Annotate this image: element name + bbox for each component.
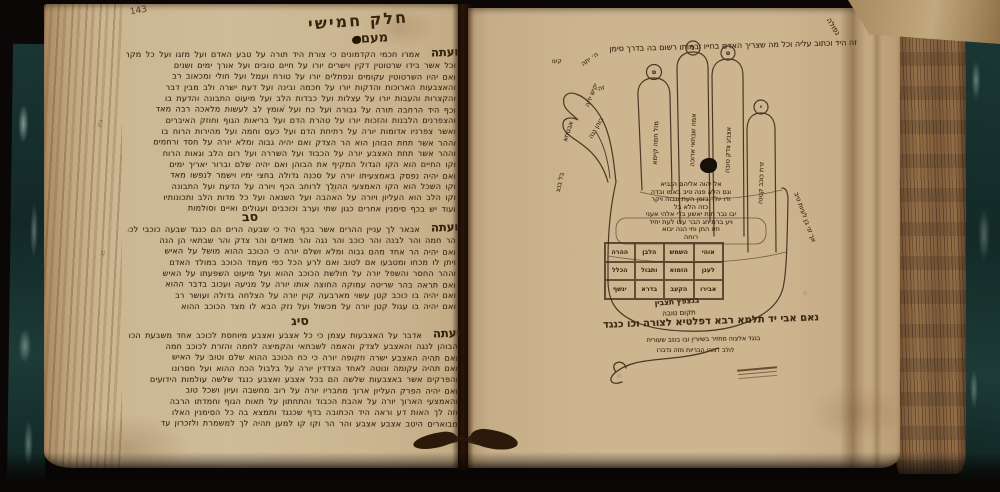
text-block-3: ועתה אדבר על האצבעות עצמן כי כל אצבע ואצ… <box>128 330 458 429</box>
text-line: וההר החסר והשפל יורה על חולשת הכוכב ההוא… <box>128 268 457 279</box>
text-lines-3: אדבר על האצבעות עצמן כי כל אצבע ואצבע מי… <box>128 330 458 429</box>
text-lines-1: אמרו חכמי הקדמונים כי צורת היד תורה על ט… <box>126 49 456 214</box>
text-line: וקו החיים הוא הקו הגדול המקיף את הבוהן ו… <box>126 159 457 170</box>
palm-text-line: ויע ברת חג הבר עצו לעת יחיד <box>598 219 784 227</box>
lead-word-3: ועתה <box>432 326 460 341</box>
palm-table-cell: אוהי <box>694 243 724 262</box>
palm-text-line: וגם הלא פנה טיב באמו ובדה <box>598 189 784 197</box>
palm-table-cell: ותבול <box>635 262 665 281</box>
text-line: וקו השכל הוא הקו האמצעי ההולך לרוחב הכף … <box>126 181 457 192</box>
page-stack-fore-edge <box>896 12 966 474</box>
marbled-cover-right <box>960 24 1000 492</box>
finger-tip-letter-1: ט <box>648 66 660 78</box>
text-line: מבוארים היטב אצבע אצבע והר הר וקו קו למע… <box>128 417 459 429</box>
text-line: אדבר על האצבעות עצמן כי כל אצבע ואצבע מי… <box>128 330 459 341</box>
text-line: ואם יהיה הפרק העליון ארוך מחבריו יורה על… <box>128 384 459 396</box>
text-line: והפרקים אשר באצבעות שלשה הם בכל אצבע ואצ… <box>128 374 459 385</box>
text-line: וההר אשר תחת הבוהן הוא הר הצדק ואם יהיה … <box>126 136 457 148</box>
text-line: ואם יהיו השרטוטין עקומים ונפתלים יורו על… <box>126 70 457 82</box>
palm-text-lines: אל יהוה אליהם הנביאוגם הלא פנה טיב באמו … <box>598 181 784 241</box>
lead-word-2: ועתה <box>430 220 458 235</box>
text-line: הר חמה והר לבנה והר כוכב והר נגה והר מאד… <box>128 235 457 246</box>
text-line: ואם יהיה בו עגול קטן יורה על מכשול ועל נ… <box>128 301 457 312</box>
pen-flourish <box>598 342 728 388</box>
text-line: וקו הלב הוא העליון ויורה על האהבה ועל הש… <box>126 192 457 203</box>
text-line: ואם תהיה האצבע ישרה וזקופה יורה כי כח הכ… <box>128 351 459 363</box>
caption-note: קעו <box>552 58 562 65</box>
manuscript-photo: 143 חלק חמישי מעם ועתה אמרו חכמי הקדמוני… <box>0 0 1000 492</box>
text-line: אמרו חכמי הקדמונים כי צורת היד תורה על ט… <box>126 49 457 60</box>
text-line: ואשר צפרניו אדומות יורה על רתיחת הדם ועל… <box>126 126 457 137</box>
page-crease <box>840 8 866 468</box>
palm-table-cell: הזמוא <box>664 262 694 281</box>
palm-text-line: יבו נבר חות יאשע בדי אלהי אעני <box>598 211 784 219</box>
text-line: והצפרנים הלבנות והזכות יורו על טהרת הדם … <box>126 115 457 126</box>
palm-table-cell: הכלל <box>605 262 635 281</box>
subtitle-text: מעם <box>361 30 389 46</box>
palm-table-cell: לענן <box>694 262 724 281</box>
palm-table-cell: ההרה <box>605 243 635 262</box>
text-line: וזה לך האות דע וראה היד הכתובה בדף שכנגד… <box>128 407 459 418</box>
text-line: ואם תראה בהר שריטה עמוקה החוצה אותו יורה… <box>128 278 457 290</box>
text-line: והקצרות והעבות יורו על עצלות ועל כבדות ה… <box>126 93 457 104</box>
text-lines-2: אבאר לך עניין ההרים אשר בכף היד כי שבעה … <box>128 224 456 312</box>
finger-tip-letter-3: ט <box>722 47 734 59</box>
palm-text-line: וזא התן וחי הנה יבוא <box>598 226 784 234</box>
ink-blot-palm <box>700 158 717 173</box>
text-line: ואם יהיה נפסק באמצעיתו יורה על סכנה גדול… <box>126 169 457 181</box>
page-crease-thin <box>872 8 882 468</box>
left-page-worn-edge <box>44 4 122 468</box>
finger-tip-letter-2: ל <box>687 42 699 54</box>
palm-table-cell: הלבן <box>635 243 665 262</box>
palm-text-line: אל יהוה אליהם הנביא <box>598 181 784 189</box>
text-line: ואם יהיה הר אחד מהם גבוה ומלא ושלם יורה … <box>128 245 457 257</box>
palm-text-line: רוחה <box>598 234 784 242</box>
text-line: וכל אשר בידו שרטוטין דקין וישרים יורו על… <box>126 60 457 71</box>
text-line: והאצבעות הארוכות והדקות יורו על חכמה ובי… <box>126 82 457 93</box>
text-line: הבוהן לנגה והאצבע לצדק והאמה לשבתאי והקמ… <box>128 341 459 352</box>
text-line: ויתן לו מכחו ומטבעו אם לטוב ואם לרע הכל … <box>128 257 457 268</box>
text-line: וההר אשר תחת האצבע יורה על הכבוד ועל השר… <box>126 148 457 159</box>
text-block-2: ועתה אבאר לך עניין ההרים אשר בכף היד כי … <box>128 224 456 312</box>
text-line: אבאר לך עניין ההרים אשר בכף היד כי שבעה … <box>128 224 457 235</box>
text-line: ואם יהיה בו כוכב קטן עשוי מארבעה קוין יו… <box>128 290 457 301</box>
palm-table-cell: ינשף <box>605 280 635 299</box>
text-line: וכף היד הרחבה תורה על גבורה ועל כח ועל א… <box>126 103 457 115</box>
palm-table-cell: בדרא <box>635 280 665 299</box>
palm-text-line: כזה הלא בל <box>598 204 784 212</box>
palm-text-line: ודו יולך בזמן העת וגבוה ויקר <box>598 196 784 204</box>
ink-blot-subtitle <box>352 36 361 44</box>
text-line: והאמצעי הארוך יורה על אהבת הכבוד והתחתון… <box>128 396 459 407</box>
palm-table-cell: השמש <box>664 243 694 262</box>
lead-word-1: ועתה <box>430 45 458 60</box>
text-block-1: ועתה אמרו חכמי הקדמונים כי צורת היד תורה… <box>126 49 456 214</box>
palm-table: אוהי השמש הלבן ההרה לענן הזמוא ותבול הכל… <box>604 242 724 300</box>
text-line: ואם תהיה עקומה ונוטה לאחד הצדדין יורה על… <box>128 363 459 374</box>
